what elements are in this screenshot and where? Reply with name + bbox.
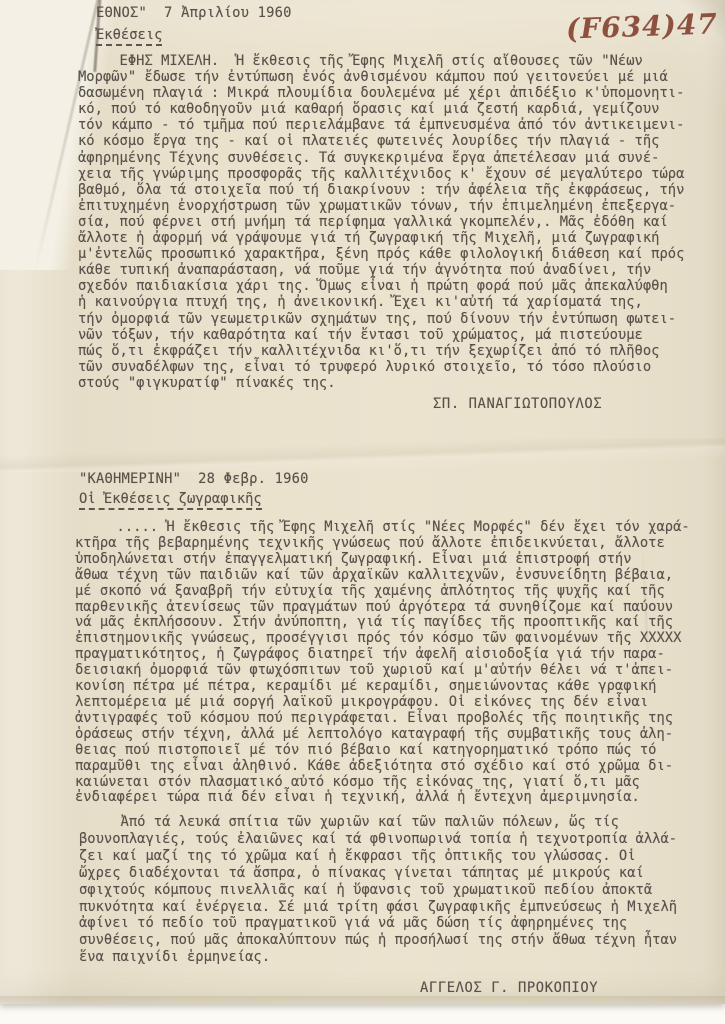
paper-bottom-edge — [0, 996, 725, 1006]
article2-body-paragraph-1: ..... Ἡ ἔκθεσις τῆς Ἔφης Μιχελῆ στίς "Νέ… — [75, 520, 690, 806]
handwritten-archive-annotation: (F634)47 — [565, 7, 718, 45]
article1-body: ΕΦΗΣ ΜΙΧΕΛΗ. Ἡ ἔκθεσις τῆς Ἔφης Μιχελῆ σ… — [78, 53, 684, 391]
paper-crease-middle — [0, 438, 725, 472]
scanned-document-page: ΕΘΝΟΣ" 7 Ἀπριλίου 1960 Ἐκθέσεις (F634)47… — [0, 0, 725, 1024]
article2-section-heading: Οἱ Ἐκθέσεις ζωγραφικῆς — [79, 491, 262, 510]
article1-section-heading: Ἐκθέσεις — [96, 27, 162, 46]
article1-source-date-line: ΕΘΝΟΣ" 7 Ἀπριλίου 1960 — [96, 5, 292, 21]
paper-sheet: ΕΘΝΟΣ" 7 Ἀπριλίου 1960 Ἐκθέσεις (F634)47… — [0, 0, 725, 1004]
article2-body-paragraph-2: Ἀπό τά λευκά σπίτια τῶν χωριῶν καί τῶν π… — [79, 814, 677, 966]
article2-author-signature: ΑΓΓΕΛΟΣ Γ. ΠΡΟΚΟΠΙΟΥ — [420, 980, 598, 996]
article1-author-signature: ΣΠ. ΠΑΝΑΓΙΩΤΟΠΟΥΛΟΣ — [433, 396, 602, 412]
article2-source-date-line: "ΚΑΘΗΜΕΡΙΝΗ" 28 Φεβρ. 1960 — [79, 471, 309, 487]
